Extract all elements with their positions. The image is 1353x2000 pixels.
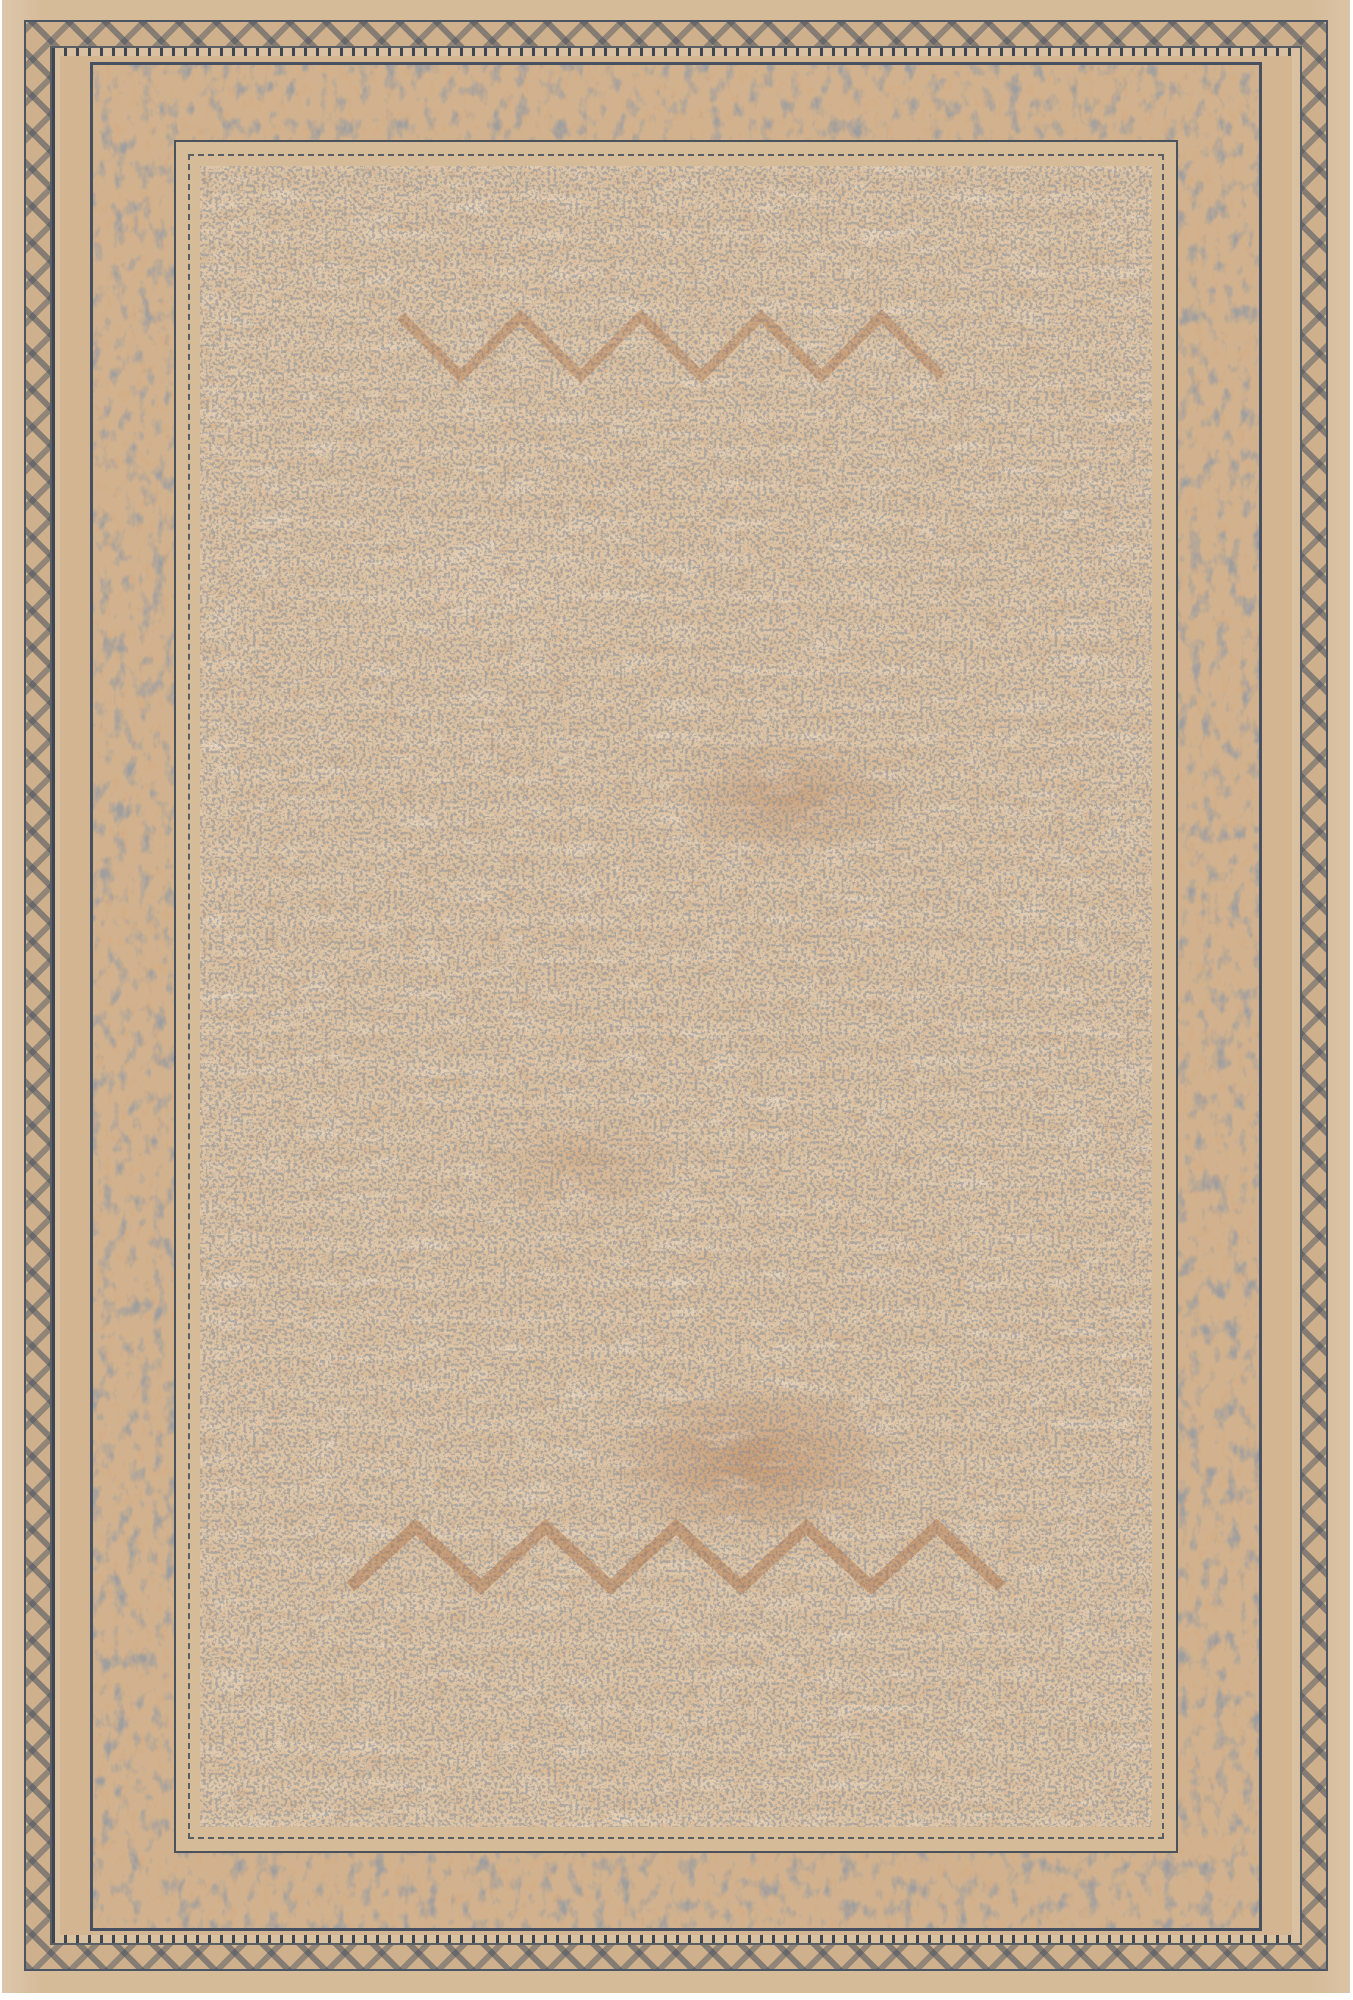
field-texture	[200, 166, 1152, 1827]
rug	[2, 0, 1350, 1993]
rug-field	[200, 166, 1152, 1827]
